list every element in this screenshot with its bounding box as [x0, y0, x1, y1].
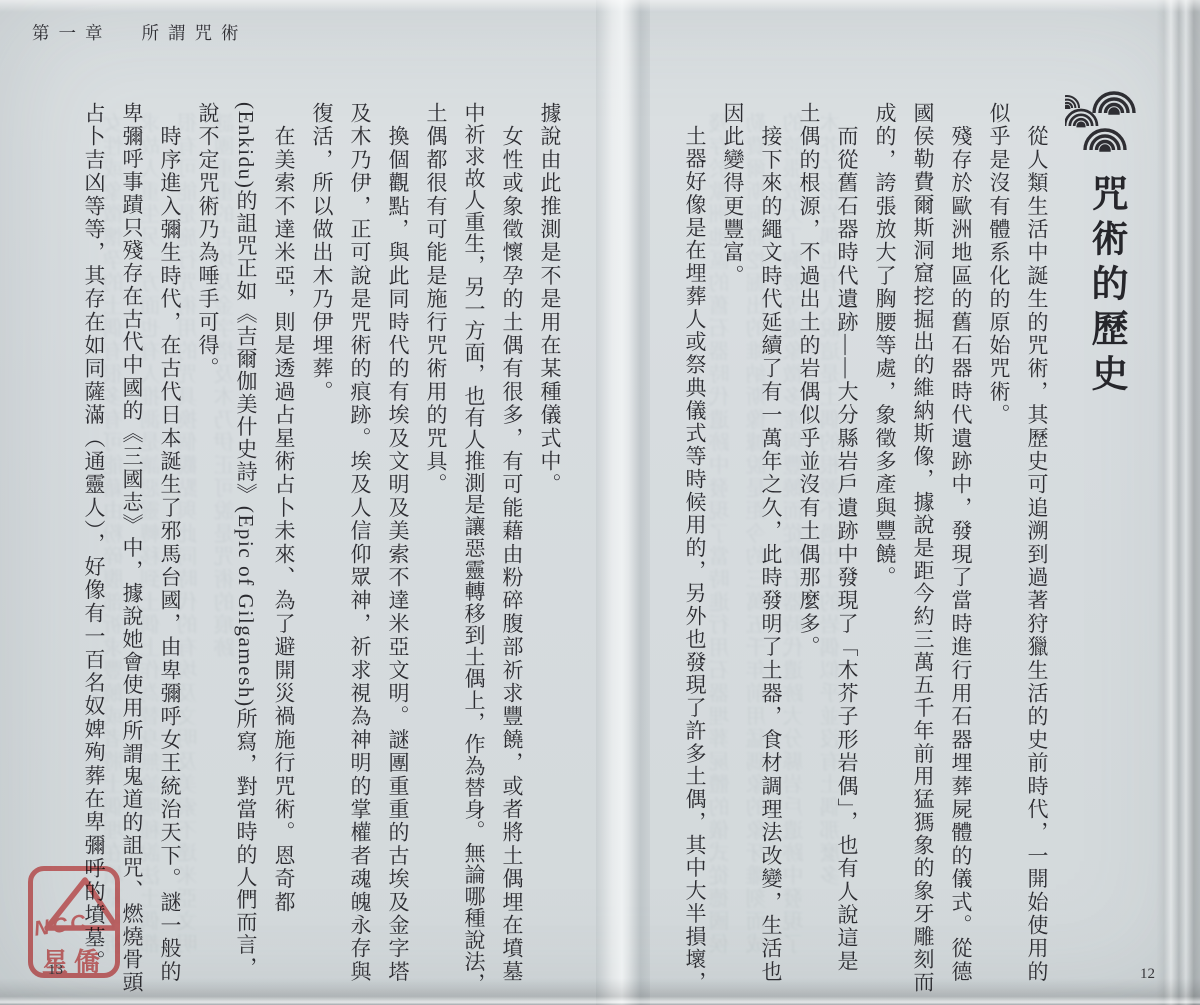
text-column: 復活，所以做出木乃伊埋葬。: [310, 102, 333, 994]
seigaiha-wave-icon: [1065, 86, 1145, 164]
text-column: 在美索不達米亞，則是透過占星術占卜未來、為了避開災禍施行咒術。恩奇都: [272, 102, 295, 994]
text-column: 土器好像是在埋葬人或祭典儀式等時候用的，另外也發現了許多土偶，其中大半損壞，: [683, 102, 706, 994]
text-column: 卑彌呼事蹟只殘存在古代中國的《三國志》中，據說她會使用所謂鬼道的詛咒、燃燒骨頭: [120, 102, 143, 994]
stamp-text-cjk: 星僑: [28, 942, 120, 979]
text-column: 據說由此推測是不是用在某種儀式中。: [538, 102, 561, 994]
page-edge-right: [1156, 0, 1200, 1005]
chapter-title: 咒術的歷史: [1083, 174, 1127, 399]
ncc-publisher-stamp: NCC 星僑: [28, 866, 120, 978]
page-edge-bottom: [0, 978, 1200, 1005]
chapter-running-title: 所謂咒術: [142, 23, 248, 43]
book-spread: 殘存於歐洲地區的舊石器時代遺跡中發現了當時進行用石器埋葬屍體的儀式從德國侯勒費爾…: [0, 0, 1200, 1005]
running-head: 第一章所謂咒術: [32, 20, 248, 45]
chapter-title-block: 咒術的歷史: [1062, 86, 1148, 399]
text-column: 占卜吉凶等等，其存在如同薩滿（通靈人），好像有一百名奴婢殉葬在卑彌呼的墳墓。: [82, 102, 105, 994]
text-column: 時序進入彌生時代，在古代日本誕生了邪馬台國，由卑彌呼女王統治天下。謎一般的: [158, 102, 181, 994]
book-gutter-shadow: [596, 0, 650, 1005]
page-number-left: 13: [48, 962, 63, 979]
page-edge-top: [0, 0, 1200, 12]
left-page-body: 據說由此推測是不是用在某種儀式中。 女性或象徵懷孕的土偶有很多，有可能藉由粉碎腹…: [82, 102, 561, 994]
text-column: 及木乃伊，正可說是咒術的痕跡。埃及人信仰眾神，祈求視為神明的掌權者魂魄永存與: [348, 102, 371, 994]
text-column: 說不定咒術乃為唾手可得。: [196, 102, 219, 994]
text-column: 換個觀點，與此同時代的有埃及文明及美索不達米亞文明。謎團重重的古埃及金字塔: [386, 102, 409, 994]
text-column: 成的，誇張放大了胸腰等處，象徵多產與豐饒。: [873, 102, 896, 994]
right-page-body: 從人類生活中誕生的咒術，其歷史可追溯到過著狩獵生活的史前時代，一開始使用的 似乎…: [683, 102, 1048, 994]
text-column: 因此變得更豐富。: [721, 102, 744, 994]
text-column: 中祈求故人重生，另一方面，也有人推測是讓惡靈轉移到土偶上，作為替身。無論哪種說法…: [462, 102, 485, 994]
text-column: 從人類生活中誕生的咒術，其歷史可追溯到過著狩獵生活的史前時代，一開始使用的: [1025, 102, 1048, 994]
text-column: 土偶的根源，不過出土的岩偶似乎並沒有土偶那麼多。: [797, 102, 820, 994]
text-column: (Enkidu)的詛咒正如《吉爾伽美什史詩》(Epic of Gilgamesh…: [234, 102, 257, 994]
text-column: 而從舊石器時代遺跡——大分縣岩戶遺跡中發現了「木芥子形岩偶」，也有人說這是: [835, 102, 858, 994]
text-column: 似乎是沒有體系化的原始咒術。: [987, 102, 1010, 994]
text-column: 接下來的繩文時代延續了有一萬年之久，此時發明了土器，食材調理法改變，生活也: [759, 102, 782, 994]
chapter-number: 第一章: [32, 23, 112, 43]
text-column: 殘存於歐洲地區的舊石器時代遺跡中，發現了當時進行用石器埋葬屍體的儀式。從德: [949, 102, 972, 994]
text-column: 土偶都很有可能是施行咒術用的咒具。: [424, 102, 447, 994]
text-column: 女性或象徵懷孕的土偶有很多，有可能藉由粉碎腹部祈求豐饒，或者將土偶埋在墳墓: [500, 102, 523, 994]
text-column: 國侯勒費爾斯洞窟挖掘出的維納斯像，據說是距今約三萬五千年前用猛獁象的象牙雕刻而: [911, 102, 934, 994]
